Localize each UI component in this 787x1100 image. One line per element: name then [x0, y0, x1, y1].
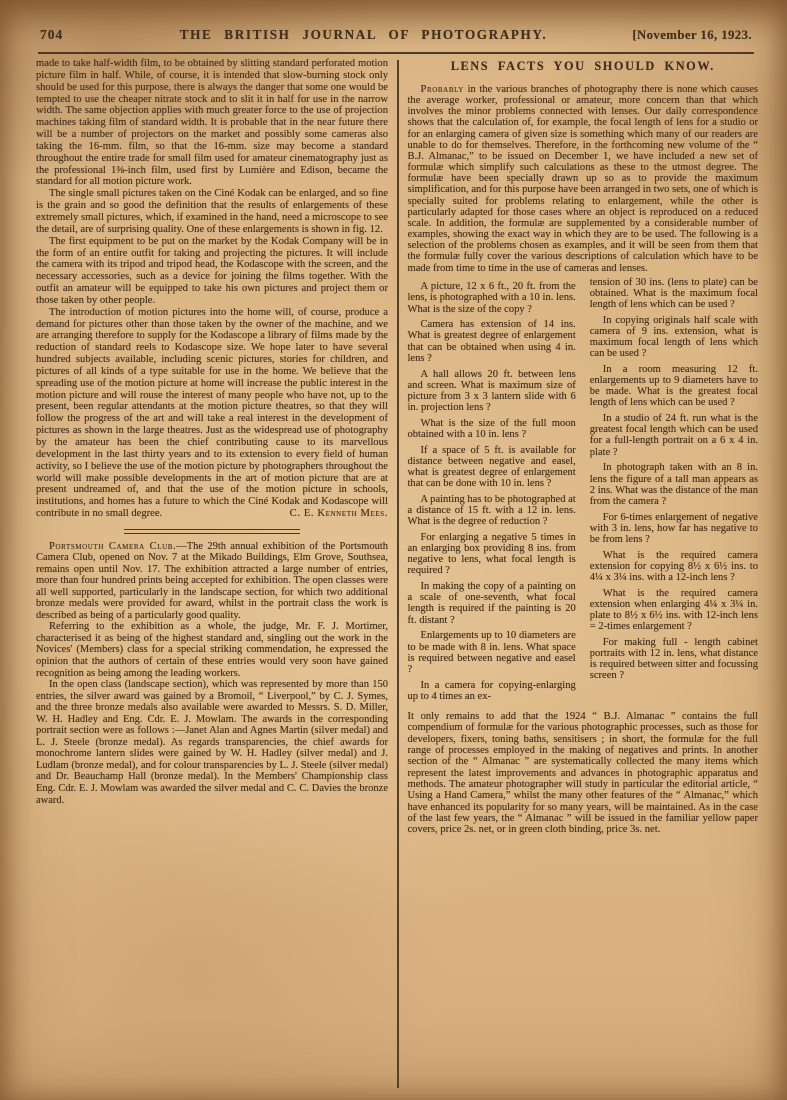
page-number: 704 [40, 27, 135, 43]
question-item: In a studio of 24 ft. run what is the gr… [590, 413, 758, 458]
section-divider [124, 529, 300, 534]
question-item: tension of 30 ins. (lens to plate) can b… [590, 277, 758, 310]
page-header: 704 THE BRITISH JOURNAL OF PHOTOGRAPHY. … [40, 27, 752, 43]
question-item: In a room measuring 12 ft. enlargements … [590, 364, 758, 409]
question-item: Enlargements up to 10 diameters are to b… [408, 630, 576, 675]
question-item: What is the required camera extension fo… [590, 550, 758, 583]
left-column: made to take half-width film, to be obta… [36, 58, 388, 1088]
intro-paragraph: Probably in the various branches of phot… [408, 84, 759, 274]
question-item: A hall allows 20 ft. between lens and sc… [408, 369, 576, 414]
club-note-section: Portsmouth Camera Club.—The 29th annual … [36, 541, 388, 807]
question-item: In copying originals half scale with cam… [590, 315, 758, 360]
questions-right-column: tension of 30 ins. (lens to plate) can b… [590, 277, 758, 702]
article-paragraph: The single small pictures taken on the C… [36, 188, 388, 235]
article-paragraph: The first equipment to be put on the mar… [36, 236, 388, 307]
page-columns: made to take half-width film, to be obta… [36, 58, 758, 1088]
club-note-paragraph: Referring to the exhibition as a whole, … [36, 621, 388, 679]
club-note-paragraph: In the open class (landscape section), w… [36, 679, 388, 806]
question-item: In making the copy of a painting on a sc… [408, 581, 576, 626]
intro-rest: in the various branches of photography t… [408, 84, 759, 274]
club-note-lead-rest: —The 29th annual exhibition of the Ports… [36, 541, 388, 621]
article-paragraph: made to take half-width film, to be obta… [36, 58, 388, 188]
article-paragraph-text: The introduction of motion pictures into… [36, 307, 388, 519]
question-item: For making full - length cabinet portrai… [590, 637, 758, 682]
article-paragraph: The introduction of motion pictures into… [36, 307, 388, 520]
journal-page: 704 THE BRITISH JOURNAL OF PHOTOGRAPHY. … [0, 0, 787, 1100]
questions-left-column: A picture, 12 x 6 ft., 20 ft. from the l… [408, 277, 576, 702]
right-column: LENS FACTS YOU SHOULD KNOW. Probably in … [408, 58, 759, 1088]
header-rule [38, 52, 754, 54]
column-divider-rule [397, 60, 399, 1088]
question-item: A painting has to be photographed at a d… [408, 494, 576, 527]
question-item: In photograph taken with an 8 in. lens t… [590, 462, 758, 507]
question-item: A picture, 12 x 6 ft., 20 ft. from the l… [408, 281, 576, 314]
journal-title: THE BRITISH JOURNAL OF PHOTOGRAPHY. [135, 27, 592, 43]
club-note-paragraph: Portsmouth Camera Club.—The 29th annual … [36, 541, 388, 622]
questions-columns: A picture, 12 x 6 ft., 20 ft. from the l… [408, 277, 759, 702]
question-item: Camera has extension of 14 ins. What is … [408, 319, 576, 364]
question-item: What is the size of the full moon obtain… [408, 418, 576, 440]
question-item: For 6-times enlargement of negative with… [590, 512, 758, 545]
closing-paragraph: It only remains to add that the 1924 “ B… [408, 711, 759, 836]
article-signature: C. E. Kenneth Mees. [269, 508, 388, 520]
question-item: In a camera for copying-enlarging up to … [408, 680, 576, 702]
article-title: LENS FACTS YOU SHOULD KNOW. [408, 59, 759, 74]
question-item: For enlarging a negative 5 times in an e… [408, 532, 576, 577]
question-item: If a space of 5 ft. is available for dis… [408, 445, 576, 490]
intro-lead: Probably [421, 84, 464, 95]
question-item: What is the required camera extension wh… [590, 588, 758, 633]
club-note-lead: Portsmouth Camera Club. [49, 541, 176, 552]
issue-date: [November 16, 1923. [592, 28, 752, 43]
